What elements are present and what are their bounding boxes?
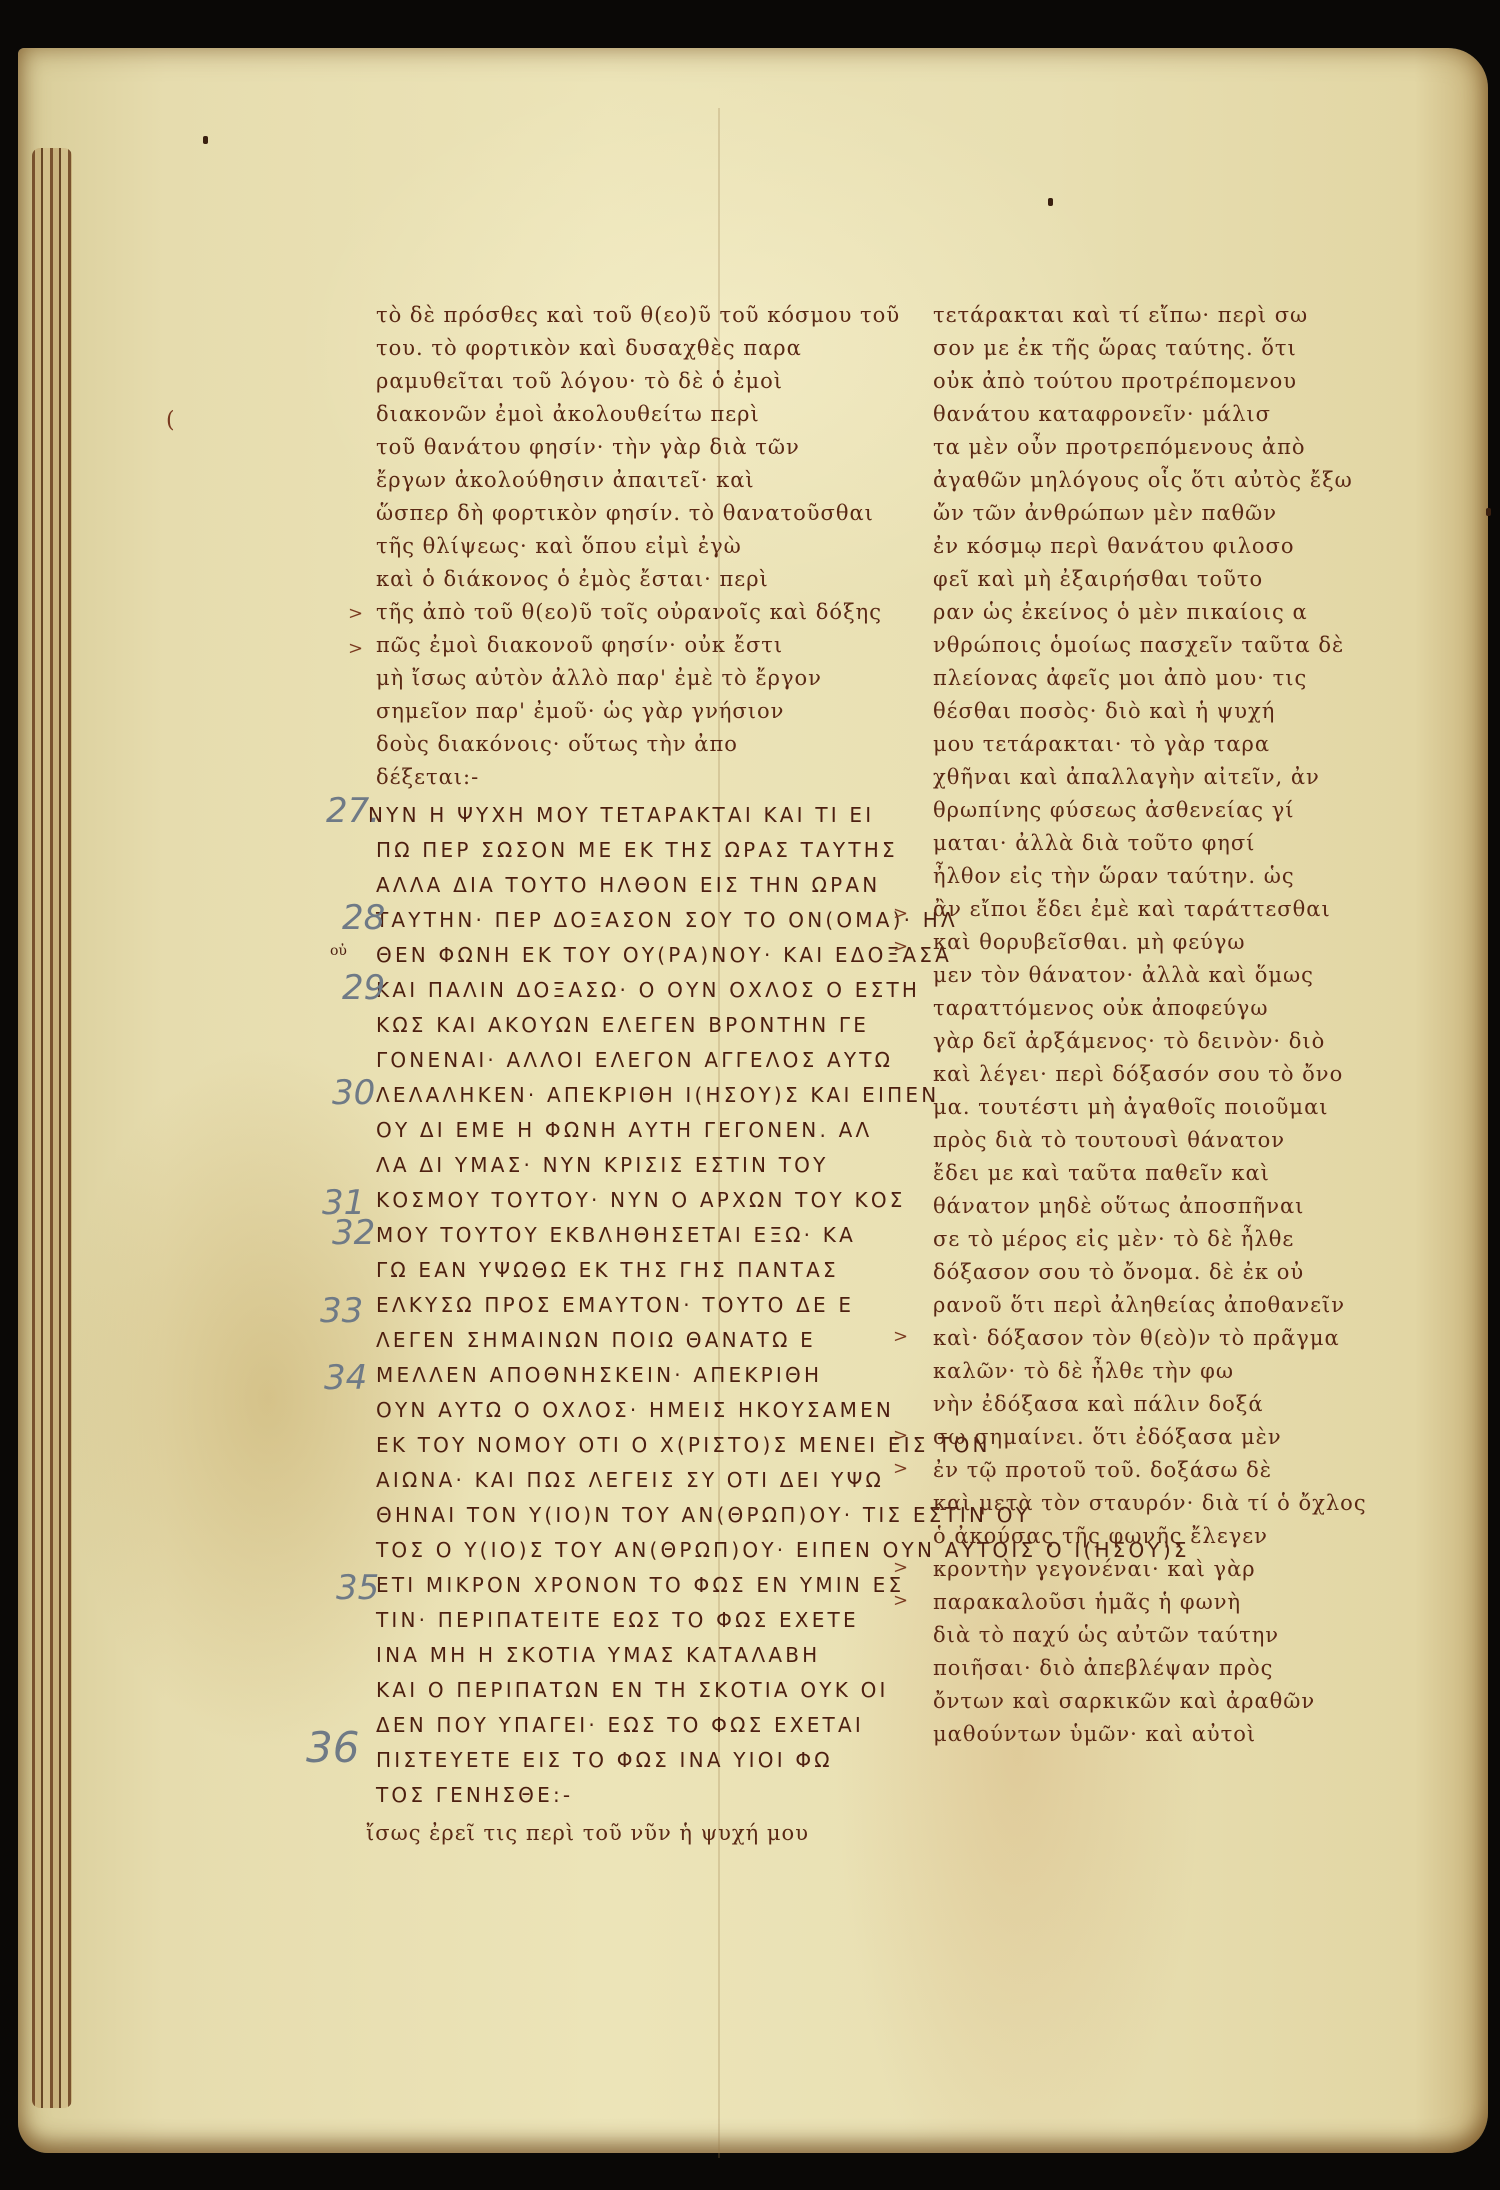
text-line: ποιῆσαι· διὸ ἀπεβλέψαν πρὸς (933, 1656, 1273, 1680)
text-line: καὶ θορυβεῖσθαι. μὴ φεύγω (933, 930, 1246, 954)
gospel-line: ΟΥ ΔΙ ΕΜΕ Η ΦΩΝΗ ΑΥΤΗ ΓΕΓΟΝΕΝ. ΑΛ (376, 1118, 872, 1142)
text-line: δοὺς διακόνοις· οὕτως τὴν ἀπο (376, 732, 738, 756)
text-line: οὐκ ἀπὸ τούτου προτρέπομενου (933, 369, 1297, 393)
text-line: γὰρ δεῖ ἀρξάμενος· τὸ δεινὸν· διὸ (933, 1029, 1325, 1053)
gospel-line: ΤΑΥΤΗΝ· ΠΕΡ ΔΟΞΑΣΟΝ ΣΟΥ ΤΟ ΟΝ(ΟΜΑ)· ΗΛ (376, 908, 958, 932)
gospel-line: ΔΕΝ ΠΟΥ ΥΠΑΓΕΙ· ΕΩΣ ΤΟ ΦΩΣ ΕΧΕΤΑΙ (376, 1713, 864, 1737)
text-line: παρακαλοῦσι ἡμᾶς ἡ φωνὴ (933, 1590, 1241, 1614)
gospel-line: ΛΕΛΑΛΗΚΕΝ· ΑΠΕΚΡΙΘΗ Ι(ΗΣΟΥ)Σ ΚΑΙ ΕΙΠΕΝ (376, 1083, 939, 1107)
verse-number: 27. (326, 791, 380, 831)
margin-mark: ( (166, 408, 175, 433)
margin-mark: > (348, 638, 363, 659)
text-line: φεῖ καὶ μὴ ἐξαιρήσθαι τοῦτο (933, 567, 1263, 591)
text-line: ἀγαθῶν μηλόγους οἷς ὅτι αὐτὸς ἔξω (933, 468, 1353, 492)
text-line: τετάρακται καὶ τί εἴπω· περὶ σω (933, 303, 1308, 327)
text-line: δέξεται:- (376, 765, 479, 789)
verse-number: 29 (342, 968, 385, 1008)
gospel-line: ΑΛΛΑ ΔΙΑ ΤΟΥΤΟ ΗΛΘΟΝ ΕΙΣ ΤΗΝ ΩΡΑΝ (376, 873, 880, 897)
verse-number: 33 (320, 1291, 363, 1331)
gospel-line: ΠΙΣΤΕΥΕΤΕ ΕΙΣ ΤΟ ΦΩΣ ΙΝΑ ΥΙΟΙ ΦΩ (376, 1748, 833, 1772)
gospel-line: ΙΝΑ ΜΗ Η ΣΚΟΤΙΑ ΥΜΑΣ ΚΑΤΑΛΑΒΗ (376, 1643, 820, 1667)
text-line: σε τὸ μέρος εἰς μὲν· τὸ δὲ ἦλθε (933, 1227, 1294, 1251)
gospel-line: ΓΟΝΕΝΑΙ· ΑΛΛΟΙ ΕΛΕΓΟΝ ΑΓΓΕΛΟΣ ΑΥΤΩ (376, 1048, 893, 1072)
text-line: ραμυθεῖται τοῦ λόγου· τὸ δὲ ὁ ἐμοὶ (376, 369, 783, 393)
text-line: θανάτου καταφρονεῖν· μάλισ (933, 402, 1271, 426)
margin-note: οὐ (330, 943, 347, 959)
text-line: ἦλθον εἰς τὴν ὥραν ταύτην. ὡς (933, 864, 1295, 888)
gospel-line: ΠΩ ΠΕΡ ΣΩΣΟΝ ΜΕ ΕΚ ΤΗΣ ΩΡΑΣ ΤΑΥΤΗΣ (376, 838, 898, 862)
text-line: κροντὴν γεγονέναι· καὶ γὰρ (933, 1557, 1256, 1581)
text-line: ἐν τῷ προτοῦ τοῦ. δοξάσω δὲ (933, 1458, 1272, 1482)
gospel-line: ΕΛΚΥΣΩ ΠΡΟΣ ΕΜΑΥΤΟΝ· ΤΟΥΤΟ ΔΕ Ε (376, 1293, 854, 1317)
text-line: ὤν τῶν ἀνθρώπων μὲν παθῶν (933, 501, 1277, 525)
page-edge-stack (32, 148, 72, 2108)
margin-mark: > (893, 1425, 908, 1446)
gospel-line: ΝΥΝ Η ΨΥΧΗ ΜΟΥ ΤΕΤΑΡΑΚΤΑΙ ΚΑΙ ΤΙ ΕΙ (368, 803, 874, 827)
ink-speck (1048, 198, 1053, 206)
gospel-line: ΚΑΙ ΠΑΛΙΝ ΔΟΞΑΣΩ· Ο ΟΥΝ ΟΧΛΟΣ Ο ΕΣΤΗ (376, 978, 920, 1002)
margin-mark: > (893, 1557, 908, 1578)
text-line: σω σημαίνει. ὅτι ἐδόξασα μὲν (933, 1425, 1282, 1449)
text-line: δόξασον σου τὸ ὄνομα. δὲ ἐκ οὐ (933, 1260, 1304, 1284)
gospel-line: ΟΥΝ ΑΥΤΩ Ο ΟΧΛΟΣ· ΗΜΕΙΣ ΗΚΟΥΣΑΜΕΝ (376, 1398, 894, 1422)
text-line: διὰ τὸ παχύ ὡς αὐτῶν ταύτην (933, 1623, 1279, 1647)
gospel-line: ΘΕΝ ΦΩΝΗ ΕΚ ΤΟΥ ΟΥ(ΡΑ)ΝΟΥ· ΚΑΙ ΕΔΟΞΑΣΑ (376, 943, 952, 967)
gospel-line: ΚΑΙ Ο ΠΕΡΙΠΑΤΩΝ ΕΝ ΤΗ ΣΚΟΤΙΑ ΟΥΚ ΟΙ (376, 1678, 889, 1702)
gospel-line: ΛΑ ΔΙ ΥΜΑΣ· ΝΥΝ ΚΡΙΣΙΣ ΕΣΤΙΝ ΤΟΥ (376, 1153, 829, 1177)
text-line: τῆς θλίψεως· καὶ ὅπου εἰμὶ ἐγὼ (376, 534, 742, 558)
margin-mark: > (893, 936, 908, 957)
verse-number: 30 (332, 1073, 375, 1113)
text-line: καὶ λέγει· περὶ δόξασόν σου τὸ ὄνο (933, 1062, 1343, 1086)
text-line: τα μὲν οὖν προτρεπόμενους ἀπὸ (933, 435, 1306, 459)
margin-mark: > (348, 603, 363, 624)
text-line: ταραττόμενος οὐκ ἀποφεύγω (933, 996, 1268, 1020)
text-line: καὶ μετὰ τὸν σταυρόν· διὰ τί ὁ ὄχλος (933, 1491, 1367, 1515)
text-line: μου τετάρακται· τὸ γὰρ ταρα (933, 732, 1270, 756)
manuscript-leaf: ( > > τὸ δὲ πρόσθες καὶ τοῦ θ(εο)ῦ τοῦ κ… (18, 48, 1488, 2153)
margin-mark: > (893, 1458, 908, 1479)
verse-number: 32 (332, 1213, 375, 1253)
verse-number: 36 (306, 1723, 359, 1772)
text-line: του. τὸ φορτικὸν καὶ δυσαχθὲς παρα (376, 336, 802, 360)
text-line: σον με ἐκ τῆς ὥρας ταύτης. ὅτι (933, 336, 1297, 360)
text-line: διακονῶν ἐμοὶ ἀκολουθείτω περὶ (376, 402, 760, 426)
ink-speck (203, 136, 208, 144)
text-line: θρωπίνης φύσεως ἀσθενείας γί (933, 798, 1295, 822)
text-line: ραν ὡς ἐκείνος ὁ μὲν πικαίοις α (933, 600, 1308, 624)
text-line: θάνατον μηδὲ οὕτως ἀποσπῆναι (933, 1194, 1304, 1218)
text-line: ἔδει με καὶ ταῦτα παθεῖν καὶ (933, 1161, 1270, 1185)
text-line: μαται· ἀλλὰ διὰ τοῦτο φησί (933, 831, 1255, 855)
text-line: καὶ ὁ διάκονος ὁ ἐμὸς ἔσται· περὶ (376, 567, 769, 591)
text-line: ἔργων ἀκολούθησιν ἀπαιτεῖ· καὶ (376, 468, 755, 492)
text-line: τὸ δὲ πρόσθες καὶ τοῦ θ(εο)ῦ τοῦ κόσμου … (376, 303, 900, 327)
gospel-line: ΛΕΓΕΝ ΣΗΜΑΙΝΩΝ ΠΟΙΩ ΘΑΝΑΤΩ Ε (376, 1328, 816, 1352)
gospel-line: ΚΩΣ ΚΑΙ ΑΚΟΥΩΝ ΕΛΕΓΕΝ ΒΡΟΝΤΗΝ ΓΕ (376, 1013, 869, 1037)
margin-mark: > (893, 1326, 908, 1347)
text-line: νὴν ἐδόξασα καὶ πάλιν δοξά (933, 1392, 1264, 1416)
text-line: τῆς ἀπὸ τοῦ θ(εο)ῦ τοῖς οὐρανοῖς καὶ δόξ… (376, 600, 882, 624)
text-line: μα. τουτέστι μὴ ἀγαθοῖς ποιοῦμαι (933, 1095, 1329, 1119)
text-line: χθῆναι καὶ ἀπαλλαγὴν αἰτεῖν, ἀν (933, 765, 1320, 789)
text-line: μαθούντων ὑμῶν· καὶ αὐτοὶ (933, 1722, 1256, 1746)
ink-speck (1486, 508, 1491, 516)
gospel-line: ΜΕΛΛΕΝ ΑΠΟΘΝΗΣΚΕΙΝ· ΑΠΕΚΡΙΘΗ (376, 1363, 822, 1387)
gospel-line: ΑΙΩΝΑ· ΚΑΙ ΠΩΣ ΛΕΓΕΙΣ ΣΥ ΟΤΙ ΔΕΙ ΥΨΩ (376, 1468, 884, 1492)
text-line: ἐν κόσμῳ περὶ θανάτου φιλοσο (933, 534, 1295, 558)
verse-number: 34 (324, 1358, 367, 1398)
text-line: ὁ ἀκούσας τῆς φωνῆς ἔλεγεν (933, 1524, 1268, 1548)
text-line: μεν τὸν θάνατον· ἀλλὰ καὶ ὅμως (933, 963, 1314, 987)
gospel-line: ΤΟΣ ΓΕΝΗΣΘΕ:- (376, 1783, 573, 1807)
verse-number: 28 (342, 898, 385, 938)
gospel-line: ΕΤΙ ΜΙΚΡΟΝ ΧΡΟΝΟΝ ΤΟ ΦΩΣ ΕΝ ΥΜΙΝ ΕΣ (376, 1573, 904, 1597)
text-line: ὥσπερ δὴ φορτικὸν φησίν. τὸ θανατοῦσθαι (376, 501, 874, 525)
text-line: νθρώποις ὁμοίως πασχεῖν ταῦτα δὲ (933, 633, 1344, 657)
margin-mark: > (893, 1590, 908, 1611)
text-line: πρὸς διὰ τὸ τουτουσὶ θάνατον (933, 1128, 1285, 1152)
text-line: πῶς ἐμοὶ διακονοῦ φησίν· οὐκ ἔστι (376, 633, 783, 657)
text-line: ὄντων καὶ σαρκικῶν καὶ ἀραθῶν (933, 1689, 1315, 1713)
text-line: θέσθαι ποσὸς· διὸ καὶ ἡ ψυχή (933, 699, 1275, 723)
text-line: ρανοῦ ὅτι περὶ ἀληθείας ἀποθανεῖν (933, 1293, 1345, 1317)
gospel-line: ΜΟΥ ΤΟΥΤΟΥ ΕΚΒΛΗΘΗΣΕΤΑΙ ΕΞΩ· ΚΑ (376, 1223, 856, 1247)
text-line: τοῦ θανάτου φησίν· τὴν γὰρ διὰ τῶν (376, 435, 800, 459)
text-line: σημεῖον παρ' ἐμοῦ· ὡς γὰρ γνήσιον (376, 699, 784, 723)
text-line: μὴ ἴσως αὐτὸν ἀλλὸ παρ' ἐμὲ τὸ ἔργον (376, 666, 822, 690)
margin-mark: > (893, 903, 908, 924)
gospel-line: ΚΟΣΜΟΥ ΤΟΥΤΟΥ· ΝΥΝ Ο ΑΡΧΩΝ ΤΟΥ ΚΟΣ (376, 1188, 906, 1212)
verse-number: 35 (336, 1568, 379, 1608)
text-line: πλείονας ἀφεῖς μοι ἀπὸ μου· τις (933, 666, 1307, 690)
text-line: καὶ· δόξασον τὸν θ(εὸ)ν τὸ πρᾶγμα (933, 1326, 1340, 1350)
text-line: καλῶν· τὸ δὲ ἦλθε τὴν φω (933, 1359, 1234, 1383)
gospel-line: ΤΙΝ· ΠΕΡΙΠΑΤΕΙΤΕ ΕΩΣ ΤΟ ΦΩΣ ΕΧΕΤΕ (376, 1608, 859, 1632)
commentary-bottom-line: ἴσως ἐρεῖ τις περὶ τοῦ νῦν ἡ ψυχή μου (366, 1821, 809, 1845)
gospel-line: ΓΩ ΕΑΝ ΥΨΩΘΩ ΕΚ ΤΗΣ ΓΗΣ ΠΑΝΤΑΣ (376, 1258, 839, 1282)
text-line: ἂν εἴποι ἔδει ἐμὲ καὶ ταράττεσθαι (933, 897, 1331, 921)
